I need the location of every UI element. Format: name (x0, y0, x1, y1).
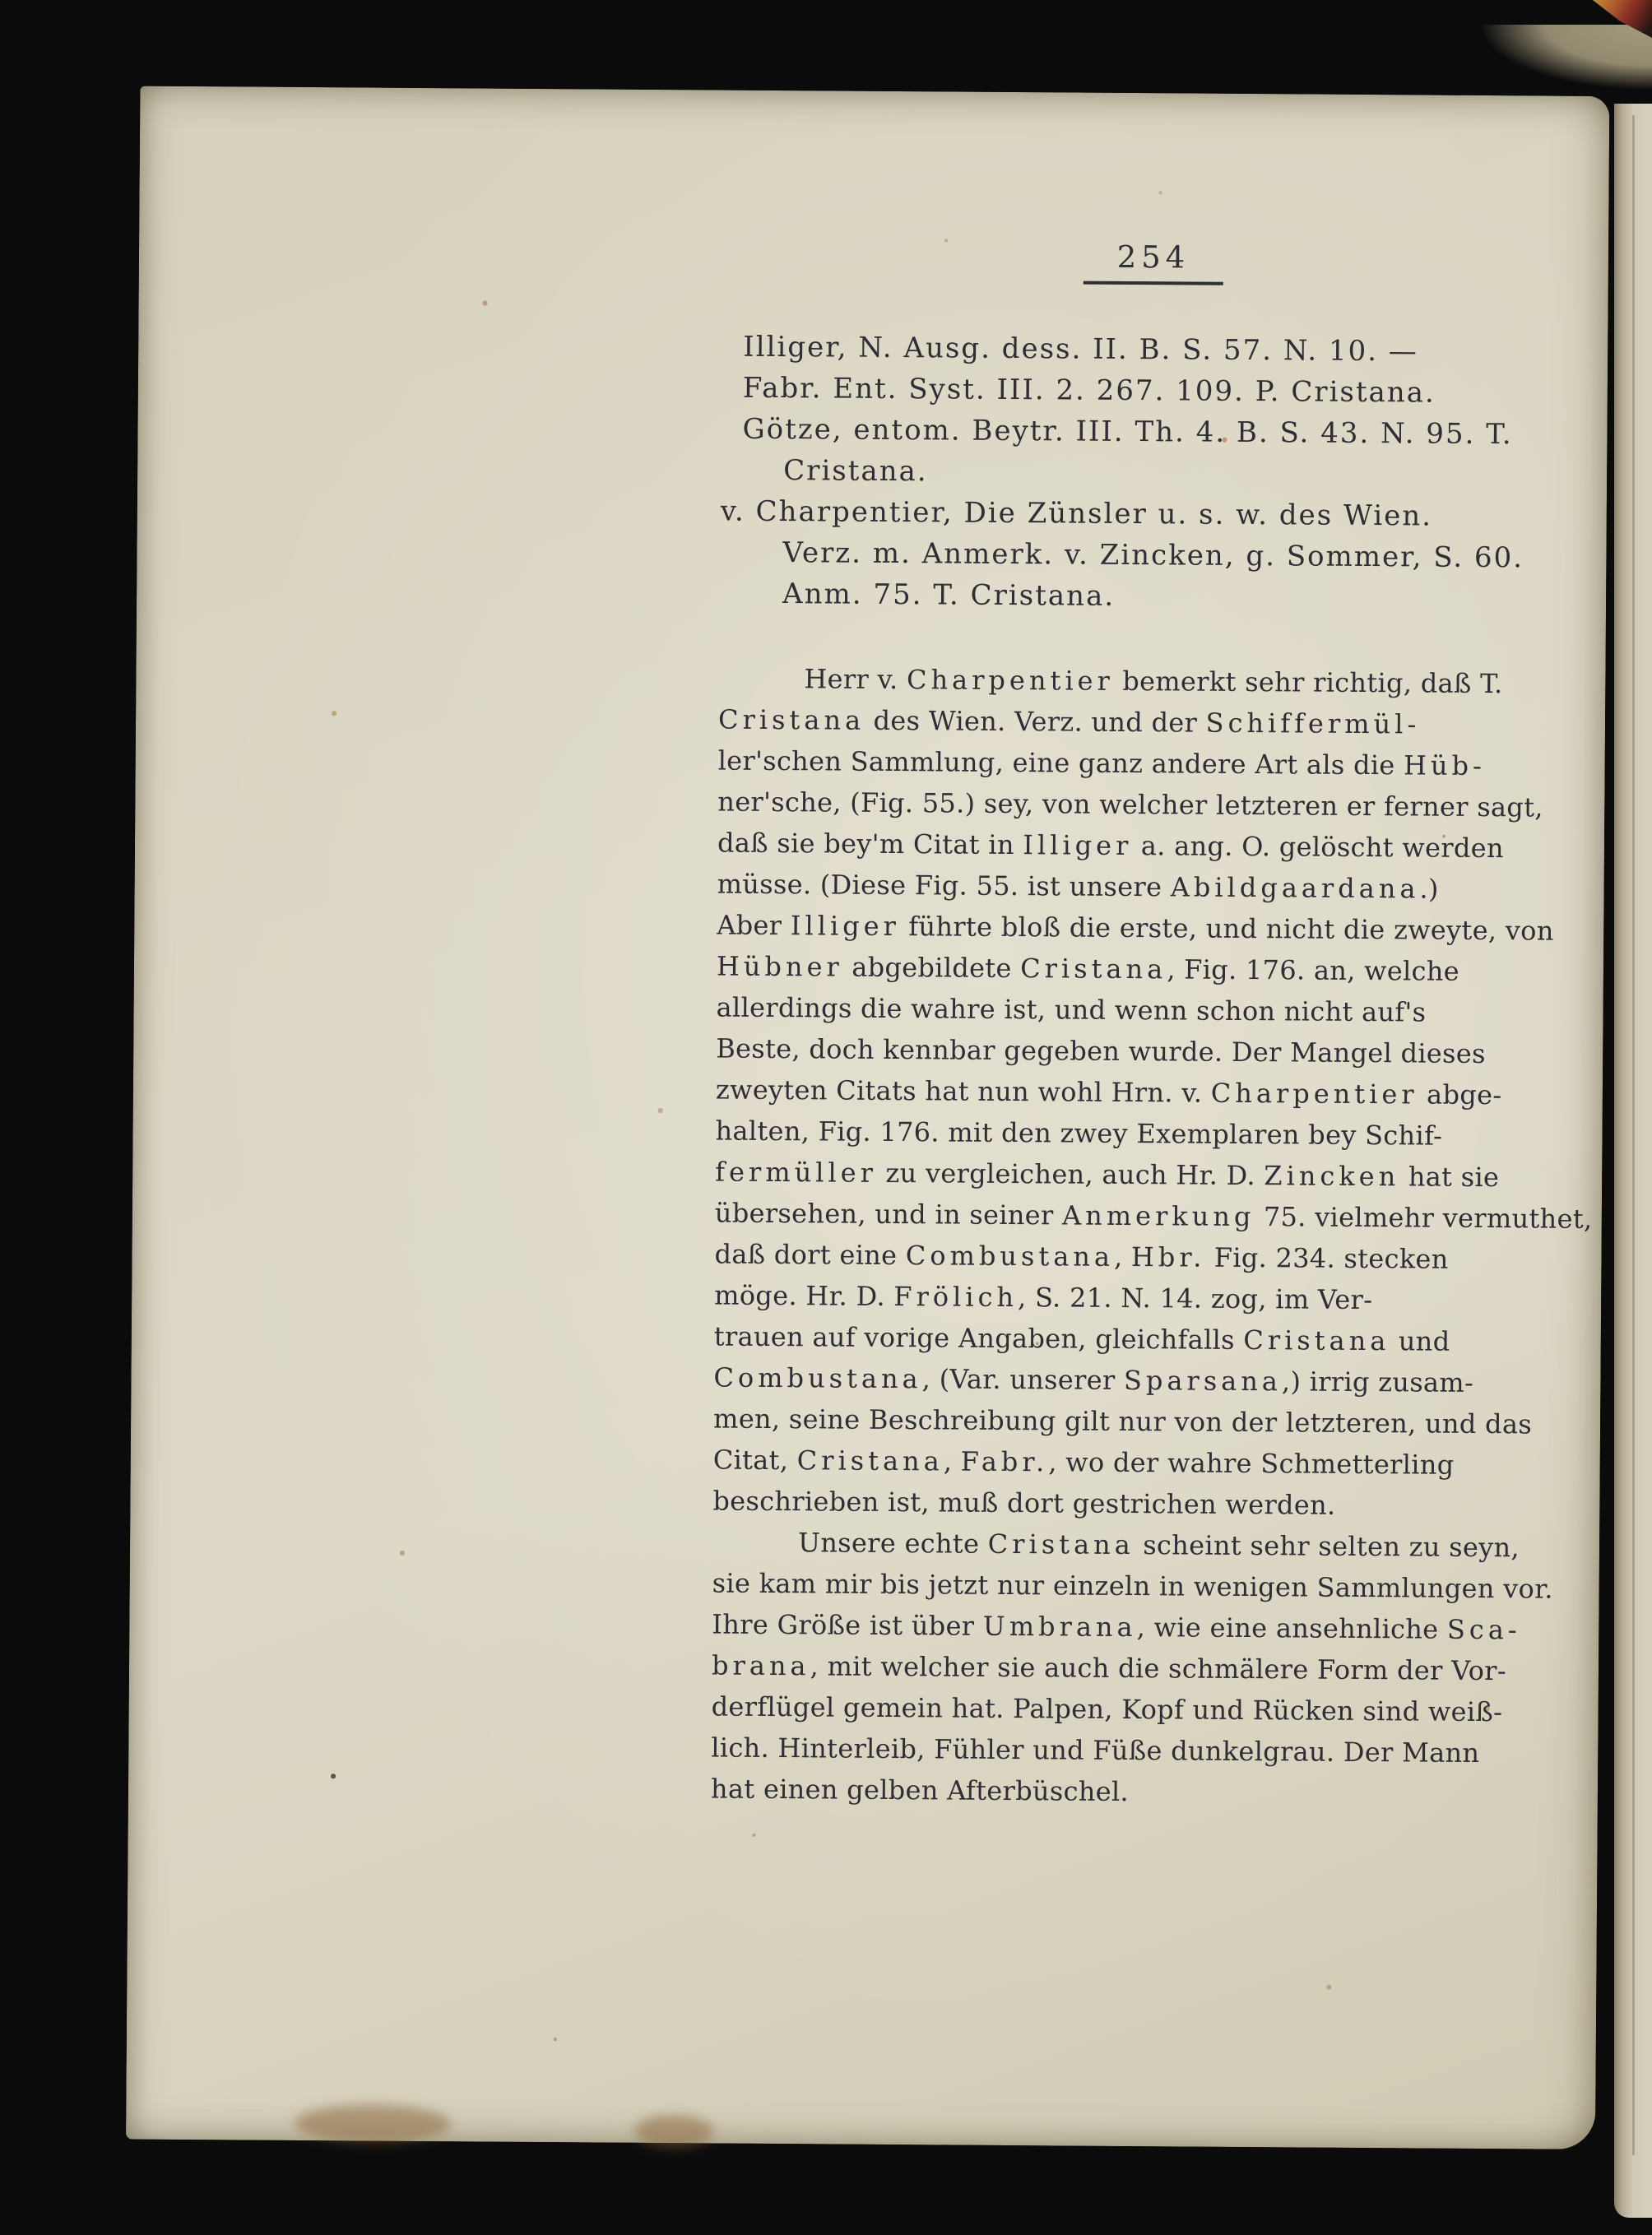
body-line: sie kam mir bis jetzt nur einzeln in wen… (712, 1562, 1580, 1609)
body-line: daß sie bey'm Citat in Illiger a. ang. O… (717, 823, 1585, 869)
body-line: lich. Hinterleib, Fühler und Füße dunkel… (711, 1727, 1579, 1774)
page-edge-crease (1632, 115, 1635, 2155)
reference-line: Cristana. (783, 450, 1577, 497)
paper-specks (140, 86, 142, 88)
book-scan: { "scan": { "background_color": "#0b0b0c… (0, 0, 1652, 2235)
reference-line: v. Charpentier, Die Zünsler u. s. w. des… (721, 491, 1577, 538)
page-number: 254 (1084, 239, 1223, 285)
body-line: ler'schen Sammlung, eine ganz andere Art… (718, 740, 1586, 787)
paragraph: Unsere echte Cristana scheint sehr selte… (711, 1521, 1580, 1815)
body-line: Cristana des Wien. Verz. und der Schiffe… (718, 699, 1586, 746)
body-line: halten, Fig. 176. mit den zwey Exemplare… (715, 1110, 1583, 1157)
body-line: Aber Illiger führte bloß die erste, und … (717, 905, 1585, 952)
reference-line: Verz. m. Anmerk. v. Zincken, g. Sommer, … (782, 532, 1576, 579)
reference-line: Fabr. Ent. Syst. III. 2. 267. 109. P. Cr… (743, 368, 1578, 415)
reference-line: Götze, entom. Beytr. III. Th. 4. B. S. 4… (742, 409, 1577, 456)
body-line: men, seine Beschreibung gilt nur von der… (713, 1398, 1581, 1444)
body-line: fermüller zu vergleichen, auch Hr. D. Zi… (715, 1151, 1583, 1198)
body-text-block: Herr v. Charpentier bemerkt sehr richtig… (711, 658, 1587, 1815)
bottom-stain-left (295, 2104, 451, 2143)
reference-line: Anm. 75. T. Cristana. (782, 573, 1576, 620)
reference-line: Illiger, N. Ausg. dess. II. B. S. 57. N.… (743, 327, 1578, 373)
body-line: trauen auf vorige Angaben, gleichfalls C… (714, 1315, 1582, 1362)
body-line: Herr v. Charpentier bemerkt sehr richtig… (804, 658, 1586, 705)
body-line: Ihre Größe ist über Umbrana, wie eine an… (712, 1603, 1580, 1650)
body-line: Hübner abgebildete Cristana, Fig. 176. a… (717, 946, 1585, 993)
body-line: Citat, Cristana, Fabr., wo der wahre Sch… (713, 1439, 1581, 1486)
paragraph: Herr v. Charpentier bemerkt sehr richtig… (712, 658, 1586, 1528)
body-line: daß dort eine Combustana, Hbr. Fig. 234.… (714, 1233, 1582, 1280)
reference-block: Illiger, N. Ausg. dess. II. B. S. 57. N.… (741, 327, 1578, 620)
body-line: ner'sche, (Fig. 55.) sey, von welcher le… (717, 781, 1585, 828)
body-line: übersehen, und in seiner Anmerkung 75. v… (715, 1192, 1583, 1239)
body-line: Unsere echte Cristana scheint sehr selte… (798, 1522, 1580, 1569)
body-line: beschrieben ist, muß dort gestrichen wer… (712, 1480, 1580, 1527)
body-line: zweyten Citats hat nun wohl Hrn. v. Char… (716, 1069, 1584, 1115)
body-line: Combustana, (Var. unserer Sparsana,) irr… (713, 1356, 1581, 1403)
body-line: allerdings die wahre ist, und wenn schon… (716, 986, 1584, 1033)
body-line: hat einen gelben Afterbüschel. (711, 1768, 1579, 1815)
body-line: müsse. (Diese Fig. 55. ist unsere Abildg… (717, 864, 1585, 911)
body-line: Beste, doch kennbar gegeben wurde. Der M… (716, 1027, 1584, 1074)
body-line: möge. Hr. D. Frölich, S. 21. N. 14. zog,… (714, 1274, 1582, 1321)
body-line: brana, mit welcher sie auch die schmäler… (712, 1644, 1580, 1691)
bottom-stain-right (634, 2115, 713, 2149)
scanned-book-page: 254 Illiger, N. Ausg. dess. II. B. S. 57… (126, 86, 1609, 2149)
body-line: derflügel gemein hat. Palpen, Kopf und R… (712, 1686, 1580, 1732)
